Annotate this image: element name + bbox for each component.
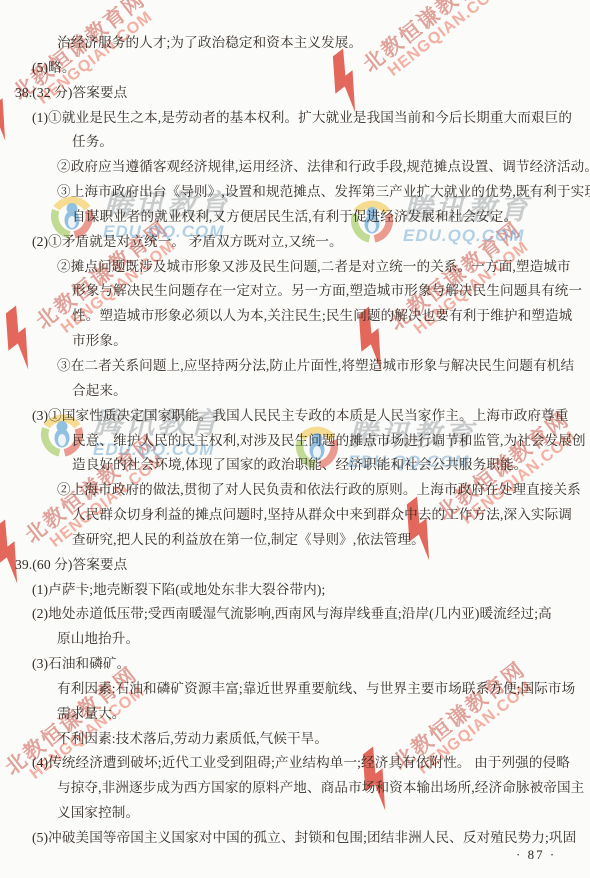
text-line: (2)①矛盾就是对立统一。 矛盾双方既对立,又统一。 <box>0 230 590 255</box>
text-line: 形象与解决民生问题存在一定对立。另一方面,塑造城市形象与解决民生问题具有统一 <box>0 279 590 304</box>
text-line: 市形象。 <box>0 329 590 354</box>
text-line: (4)传统经济遭到破坏;近代工业受到阻碍;产业结构单一;经济具有依附性。 由于列… <box>0 751 590 776</box>
text-line: 人民群众切身利益的摊点问题时,坚持从群众中来到群众中去的工作方法,深入实际调 <box>0 503 590 528</box>
text-line: (1)卢萨卡;地壳断裂下陷(或地处东非大裂谷带内); <box>0 578 590 603</box>
text-line: 合起来。 <box>0 379 590 404</box>
page-number: · 87 · <box>516 847 556 863</box>
text-line: ②政府应当遵循客观经济规律,运用经济、法律和行政手段,规范摊点设置、调节经济活动… <box>0 155 590 180</box>
scanned-exam-answer-page: 北教恒谦教育网HENGQIAN.COM北教恒谦教育网HENGQIAN.COM北教… <box>0 0 590 878</box>
text-line: 造良好的社会环境,体现了国家的政治职能、经济职能和社会公共服务职能。 <box>0 453 590 478</box>
answer-text-block: 治经济服务的人才;为了政治稳定和资本主义发展。(5)略。38.(32 分)答案要… <box>0 0 590 851</box>
text-line: ③上海市政府出台《导则》,设置和规范摊点、发挥第三产业扩大就业的优势,既有利于实… <box>0 180 590 205</box>
text-line: (2)地处赤道低压带;受西南暖湿气流影响,西南风与海岸线垂直;沿岸(几内亚)暖流… <box>0 602 590 627</box>
text-line: 自谋职业者的就业权利,又方便居民生活,有利于促进经济发展和社会安定。 <box>0 205 590 230</box>
text-line: 有利因素:石油和磷矿资源丰富;靠近世界重要航线、与世界主要市场联系方便;国际市场 <box>0 677 590 702</box>
text-line: ③在二者关系问题上,应坚持两分法,防止片面性,将塑造城市形象与解决民生问题有机结 <box>0 354 590 379</box>
text-line: ②上海市政府的做法,贯彻了对人民负责和依法行政的原则。上海市政府在处理直接关系 <box>0 478 590 503</box>
text-line: (5)冲破美国等帝国主义国家对中国的孤立、封锁和包围;团结非洲人民、反对殖民势力… <box>0 826 590 851</box>
text-line: 需求量大。 <box>0 702 590 727</box>
text-line: 39.(60 分)答案要点 <box>0 553 590 578</box>
text-line: 查研究,把人民的利益放在第一位,制定《导则》,依法管理。 <box>0 528 590 553</box>
text-line: 与掠夺,非洲逐步成为西方国家的原料产地、商品市场和资本输出场所,经济命脉被帝国主 <box>0 776 590 801</box>
text-line: (3)石油和磷矿。 <box>0 652 590 677</box>
text-line: 任务。 <box>0 130 590 155</box>
text-line: 原山地抬升。 <box>0 627 590 652</box>
text-line: (5)略。 <box>0 56 590 81</box>
text-line: 38.(32 分)答案要点 <box>0 81 590 106</box>
text-line: 性。塑造城市形象必须以人为本,关注民生;民生问题的解决也要有利于维护和塑造城 <box>0 304 590 329</box>
text-line: ②摊点问题既涉及城市形象又涉及民生问题,二者是对立统一的关系。一方面,塑造城市 <box>0 255 590 280</box>
text-line: 义国家控制。 <box>0 801 590 826</box>
text-line: 不利因素:技术落后,劳动力素质低,气候干旱。 <box>0 727 590 752</box>
text-line: 民意、维护人民的民主权利,对涉及民生问题的摊点市场进行调节和监管,为社会发展创 <box>0 429 590 454</box>
text-line: (1)①就业是民生之本,是劳动者的基本权利。扩大就业是我国当前和今后长期重大而艰… <box>0 106 590 131</box>
text-line: 治经济服务的人才;为了政治稳定和资本主义发展。 <box>0 31 590 56</box>
text-line: (3)①国家性质决定国家职能。我国人民民主专政的本质是人民当家作主。上海市政府尊… <box>0 404 590 429</box>
